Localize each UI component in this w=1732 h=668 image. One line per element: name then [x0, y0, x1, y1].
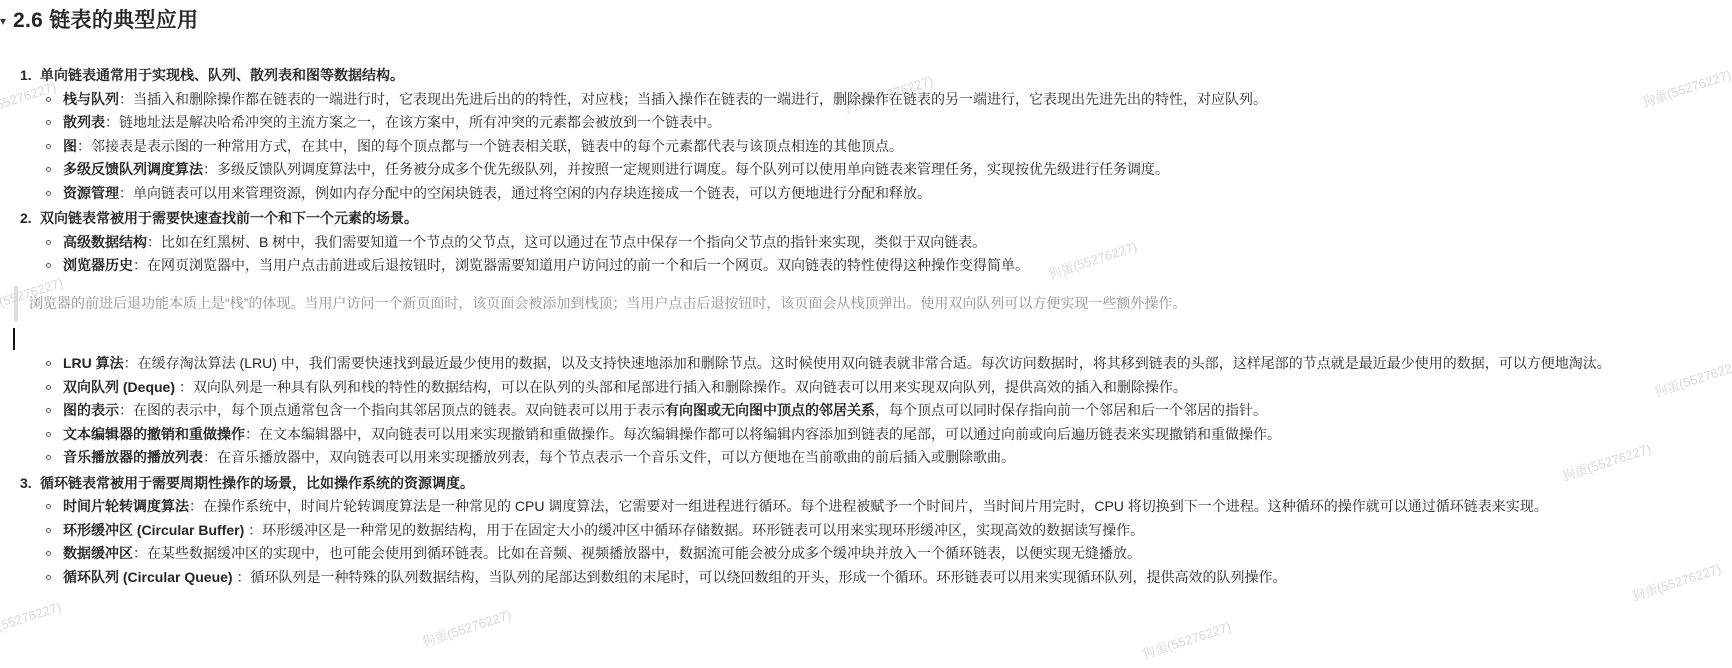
term-label: 数据缓冲区	[63, 545, 133, 561]
term-label: 循环队列 (Circular Queue)	[63, 569, 236, 585]
list-item: LRU 算法：在缓存淘汰算法 (LRU) 中，我们需要快速找到最近最少使用的数据…	[0, 352, 1732, 376]
item-text: ，每个顶点可以同时保存指向前一个邻居和后一个邻居的指针。	[875, 402, 1267, 418]
term-label: 资源管理	[63, 185, 119, 201]
list-item: 图的表示：在图的表示中，每个顶点通常包含一个指向其邻居顶点的链表。双向链表可以用…	[0, 399, 1732, 423]
item-text: ：邻接表是表示图的一种常用方式，在其中，图的每个顶点都与一个链表相关联，链表中的…	[77, 138, 903, 154]
list-item: 双向队列 (Deque) ：双向队列是一种具有队列和栈的特性的数据结构，可以在队…	[0, 376, 1732, 400]
bullet-icon	[46, 575, 51, 580]
ordered-item-1: 1. 单向链表通常用于实现栈、队列、散列表和图等数据结构。	[0, 64, 1732, 88]
term-label: 图的表示	[63, 402, 119, 418]
list-item: 数据缓冲区：在某些数据缓冲区的实现中，也可能会使用到循环链表。比如在音频、视频播…	[0, 542, 1732, 566]
bullet-icon	[46, 528, 51, 533]
list-item: 时间片轮转调度算法：在操作系统中，时间片轮转调度算法是一种常见的 CPU 调度算…	[0, 495, 1732, 519]
text-caret	[13, 328, 15, 350]
term-label: 高级数据结构	[63, 234, 147, 250]
bullet-icon	[46, 97, 51, 102]
bullet-icon	[46, 385, 51, 390]
item-text: ：在图的表示中，每个顶点通常包含一个指向其邻居顶点的链表。双向链表可以用于表示	[119, 402, 665, 418]
list-item: 散列表：链地址法是解决哈希冲突的主流方案之一，在该方案中，所有冲突的元素都会被放…	[0, 111, 1732, 135]
term-label: 音乐播放器的播放列表	[63, 449, 203, 465]
item-text: ：在操作系统中，时间片轮转调度算法是一种常见的 CPU 调度算法，它需要对一组进…	[189, 498, 1548, 514]
term-label: 文本编辑器的撤销和重做操作	[63, 426, 245, 442]
ordered-item-3: 3. 循环链表常被用于需要周期性操作的场景，比如操作系统的资源调度。	[0, 472, 1732, 496]
bullet-icon	[46, 408, 51, 413]
blockquote-text: 浏览器的前进后退功能本质上是“栈”的体现。当用户访问一个新页面时，该页面会被添加…	[29, 295, 1186, 311]
list-item: 资源管理：单向链表可以用来管理资源，例如内存分配中的空闲块链表，通过将空闲的内存…	[0, 182, 1732, 206]
item-text: ：在文本编辑器中，双向链表可以用来实现撤销和重做操作。每次编辑操作都可以将编辑内…	[245, 426, 1281, 442]
list-item: 环形缓冲区 (Circular Buffer) ：环形缓冲区是一种常见的数据结构…	[0, 519, 1732, 543]
bullet-icon	[46, 504, 51, 509]
watermark: 狗蛋(55276227)	[419, 604, 513, 651]
item-text: ：双向队列是一种具有队列和栈的特性的数据结构，可以在队列的头部和尾部进行插入和删…	[179, 379, 1187, 395]
term-label: 散列表	[63, 114, 105, 130]
ordered-item-2: 2. 双向链表常被用于需要快速查找前一个和下一个元素的场景。	[0, 207, 1732, 231]
section-header: ▾ 2.6 链表的典型应用	[0, 0, 1732, 36]
list-item: 文本编辑器的撤销和重做操作：在文本编辑器中，双向链表可以用来实现撤销和重做操作。…	[0, 423, 1732, 447]
list-item: 高级数据结构：比如在红黑树、B 树中，我们需要知道一个节点的父节点，这可以通过在…	[0, 231, 1732, 255]
item-text: ：在某些数据缓冲区的实现中，也可能会使用到循环链表。比如在音频、视频播放器中，数…	[133, 545, 1141, 561]
ordered-item-heading: 双向链表常被用于需要快速查找前一个和下一个元素的场景。	[40, 210, 418, 226]
list-item: 循环队列 (Circular Queue) ：循环队列是一种特殊的队列数据结构，…	[0, 566, 1732, 590]
item-text: ：循环队列是一种特殊的队列数据结构，当队列的尾部达到数组的末尾时，可以绕回数组的…	[236, 569, 1286, 585]
bullet-icon	[46, 120, 51, 125]
bullet-icon	[46, 432, 51, 437]
list-number: 2.	[20, 207, 32, 231]
term-label: 环形缓冲区 (Circular Buffer)	[63, 522, 248, 538]
list-item: 栈与队列：当插入和删除操作都在链表的一端进行时，它表现出先进后出的的特性，对应栈…	[0, 88, 1732, 112]
page-title: 2.6 链表的典型应用	[13, 6, 198, 36]
bullet-icon	[46, 191, 51, 196]
ordered-item-heading: 循环链表常被用于需要周期性操作的场景，比如操作系统的资源调度。	[40, 475, 474, 491]
list-item: 音乐播放器的播放列表：在音乐播放器中，双向链表可以用来实现播放列表，每个节点表示…	[0, 446, 1732, 470]
list-item: 多级反馈队列调度算法：多级反馈队列调度算法中，任务被分成多个优先级队列，并按照一…	[0, 158, 1732, 182]
item-text: ：在缓存淘汰算法 (LRU) 中，我们需要快速找到最近最少使用的数据，以及支持快…	[124, 355, 1611, 371]
item-text: ：链地址法是解决哈希冲突的主流方案之一，在该方案中，所有冲突的元素都会被放到一个…	[105, 114, 721, 130]
item-text: ：在网页浏览器中，当用户点击前进或后退按钮时，浏览器需要知道用户访问过的前一个和…	[133, 257, 1029, 273]
watermark: 狗蛋(55276227)	[1139, 616, 1233, 663]
bullet-icon	[46, 551, 51, 556]
item-text: ：当插入和删除操作都在链表的一端进行时，它表现出先进后出的的特性，对应栈；当插入…	[119, 91, 1267, 107]
item-text: ：多级反馈队列调度算法中，任务被分成多个优先级队列，并按照一定规则进行调度。每个…	[203, 161, 1169, 177]
term-label: LRU 算法	[63, 355, 124, 371]
list-item: 图：邻接表是表示图的一种常用方式，在其中，图的每个顶点都与一个链表相关联，链表中…	[0, 135, 1732, 159]
bullet-icon	[46, 240, 51, 245]
term-label: 图	[63, 138, 77, 154]
item-text: ：单向链表可以用来管理资源，例如内存分配中的空闲块链表，通过将空闲的内存块连接成…	[119, 185, 931, 201]
ordered-item-heading: 单向链表通常用于实现栈、队列、散列表和图等数据结构。	[40, 67, 404, 83]
item-text: ：环形缓冲区是一种常见的数据结构，用于在固定大小的缓冲区中循环存储数据。环形链表…	[248, 522, 1144, 538]
bullet-icon	[46, 167, 51, 172]
item-text: ：比如在红黑树、B 树中，我们需要知道一个节点的父节点，这可以通过在节点中保存一…	[147, 234, 986, 250]
term-label: 双向队列 (Deque)	[63, 379, 179, 395]
bullet-icon	[46, 361, 51, 366]
watermark: 狗蛋(55276227)	[0, 596, 63, 643]
collapse-arrow-icon[interactable]: ▾	[0, 6, 13, 36]
item-text-bold: 有向图或无向图中顶点的邻居关系	[665, 402, 875, 418]
list-number: 1.	[20, 64, 32, 88]
bullet-icon	[46, 455, 51, 460]
empty-paragraph[interactable]	[0, 325, 1732, 352]
list-item: 浏览器历史：在网页浏览器中，当用户点击前进或后退按钮时，浏览器需要知道用户访问过…	[0, 254, 1732, 278]
term-label: 多级反馈队列调度算法	[63, 161, 203, 177]
bullet-icon	[46, 263, 51, 268]
blockquote: 浏览器的前进后退功能本质上是“栈”的体现。当用户访问一个新页面时，该页面会被添加…	[14, 286, 1732, 322]
term-label: 时间片轮转调度算法	[63, 498, 189, 514]
term-label: 浏览器历史	[63, 257, 133, 273]
bullet-icon	[46, 144, 51, 149]
term-label: 栈与队列	[63, 91, 119, 107]
item-text: ：在音乐播放器中，双向链表可以用来实现播放列表，每个节点表示一个音乐文件，可以方…	[203, 449, 1015, 465]
list-number: 3.	[20, 472, 32, 496]
